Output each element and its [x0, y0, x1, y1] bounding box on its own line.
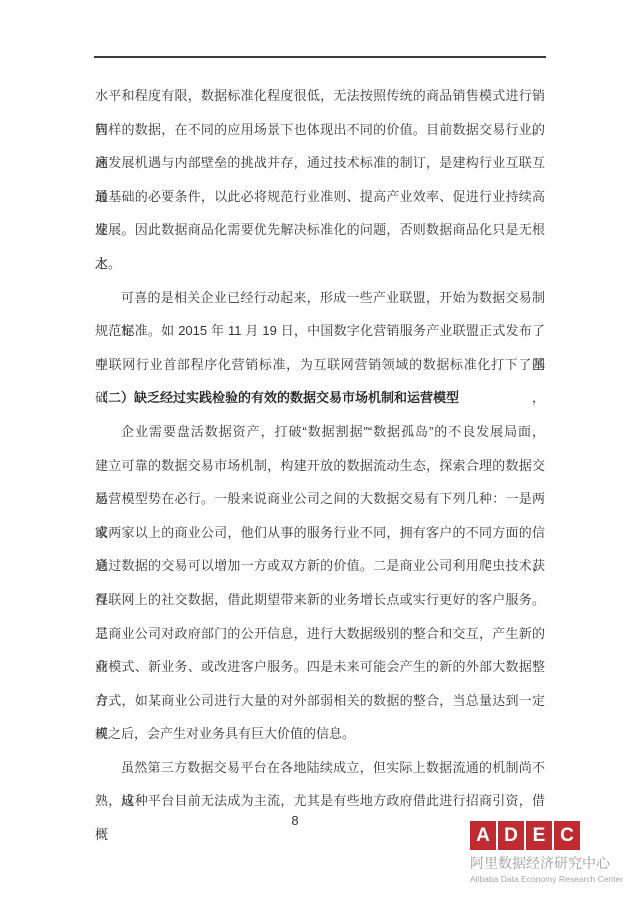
body-text-line: 方式，如某商业公司进行大量的对外部弱相关的数据的整合，当总量达到一定规: [95, 684, 545, 718]
body-text-line: 木。: [95, 247, 545, 281]
body-text-line: 虽然第三方数据交易平台在各地陆续成立，但实际上数据流通的机制尚不成: [95, 751, 545, 785]
body-text-line: 互联网上的社交数据，借此期望带来新的业务增长点或实行更好的客户服务。三: [95, 583, 545, 617]
adec-logo-name-english: Alibaba Data Economy Research Center: [470, 874, 620, 884]
body-text-line: 规范标准。如 2015 年 11 月 19 日，中国数字化营销服务产业联盟正式发…: [95, 314, 545, 348]
body-text-line: 同样的数据，在不同的应用场景下也体现出不同的价值。目前数据交易行业的高: [95, 113, 545, 147]
body-text-line: 是商业公司对政府部门的公开信息，进行大数据级别的整合和交互，产生新的商: [95, 617, 545, 651]
adec-logo-letter: A: [470, 821, 496, 850]
body-text-line: 水平和程度有限，数据标准化程度很低，无法按照传统的商品销售模式进行销售。: [95, 79, 545, 113]
body-text-line: 业模式、新业务、或改进客户服务。四是未来可能会产生的新的外部大数据整合: [95, 650, 545, 684]
body-text-line: 企业需要盘活数据资产，打破“数据割据”“数据孤岛”的不良发展局面，: [95, 415, 545, 449]
body-text-line: 运营模型势在必行。一般来说商业公司之间的大数据交易有下列几种：一是两家: [95, 482, 545, 516]
body-text-line: 模之后，会产生对业务具有巨大价值的信息。: [95, 717, 545, 751]
adec-logo: ADEC 阿里数据经济研究中心 Alibaba Data Economy Res…: [470, 821, 620, 884]
adec-logo-letter: D: [498, 821, 524, 850]
body-text-line: 通过数据的交易可以增加一方或双方新的价值。二是商业公司利用爬虫技术获得: [95, 549, 545, 583]
body-text-line: 或两家以上的商业公司，他们从事的服务行业不同，拥有客户的不同方面的信息，: [95, 516, 545, 550]
body-text-line: 互联网行业首部程序化营销标准，为互联网营销领域的数据标准化打下了基础，: [95, 348, 545, 382]
adec-logo-letter: E: [526, 821, 552, 850]
document-page: 水平和程度有限，数据标准化程度很低，无法按照传统的商品销售模式进行销售。同样的数…: [0, 0, 640, 905]
adec-logo-letter: C: [554, 821, 580, 850]
header-rule: [94, 56, 546, 58]
body-text-line: 发展。因此数据商品化需要优先解决标准化的问题，否则数据商品化只是无根之: [95, 213, 545, 247]
adec-logo-letter-boxes: ADEC: [470, 821, 620, 850]
body-text-line: 最基础的必要条件，以此必将规范行业准则、提高产业效率、促进行业持续高速: [95, 180, 545, 214]
page-number: 8: [70, 813, 520, 828]
body-text-line: 建立可靠的数据交易市场机制，构建开放的数据流动生态，探索合理的数据交易: [95, 449, 545, 483]
body-text-line: 可喜的是相关企业已经行动起来，形成一些产业联盟，开始为数据交易制定: [95, 281, 545, 315]
document-body: 水平和程度有限，数据标准化程度很低，无法按照传统的商品销售模式进行销售。同样的数…: [95, 79, 545, 818]
body-text-line: 速发展机遇与内部壁垒的挑战并存，通过技术标准的制订，是建构行业互联互通: [95, 146, 545, 180]
adec-logo-name-chinese: 阿里数据经济研究中心: [470, 853, 620, 873]
